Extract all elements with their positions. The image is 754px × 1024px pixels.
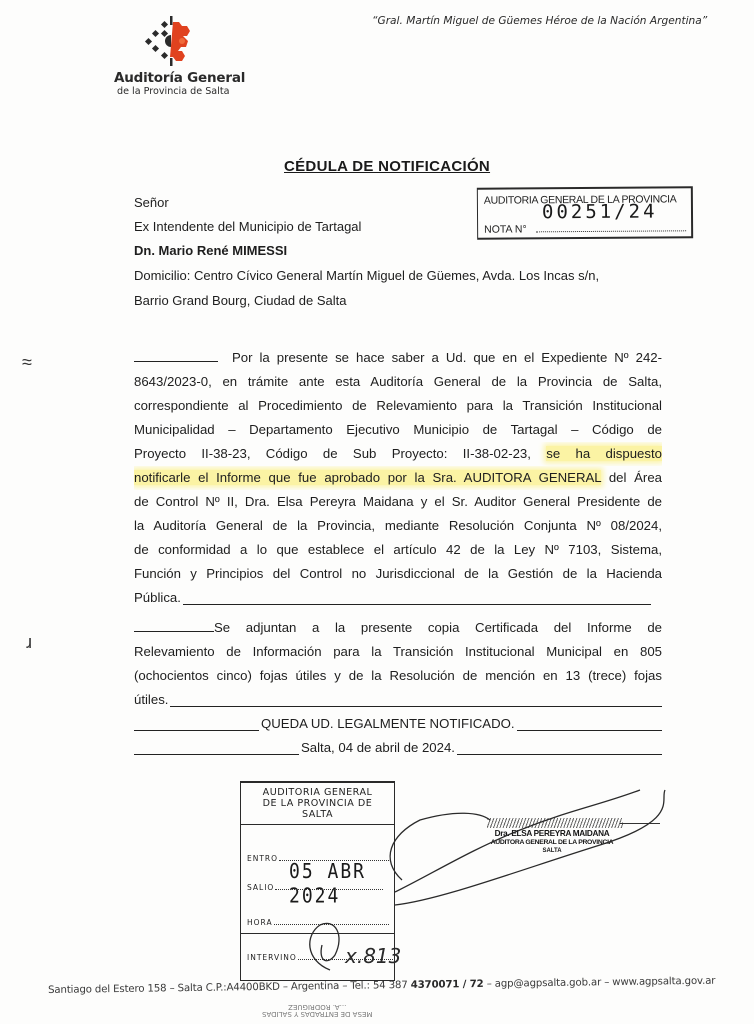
footer-web[interactable]: www.agpsalta.gov.ar xyxy=(612,976,715,988)
intervino-row: INTERVINO xyxy=(247,953,393,962)
stamp-divider xyxy=(241,824,394,825)
highlighted-text: se ha dispuesto xyxy=(546,446,662,461)
blank-line xyxy=(170,692,662,707)
signature-line xyxy=(620,823,660,824)
date-line: Salta, 04 de abril de 2024. xyxy=(299,736,457,760)
handwritten-margin-mark: ɹ xyxy=(26,632,32,653)
blank-line xyxy=(457,740,662,755)
hora-row: HORA xyxy=(247,918,389,927)
stamp-divider xyxy=(241,933,394,934)
recipient-position: Ex Intendente del Municipio de Tartagal xyxy=(134,219,361,234)
blank-line xyxy=(517,716,662,731)
salio-row: SALIO xyxy=(247,883,383,892)
signature-stamp: Dra. ELSA PEREYRA MAIDANA AUDITORA GENER… xyxy=(474,829,630,856)
footer-email[interactable]: agp@agpsalta.gob.ar xyxy=(495,977,602,989)
blank-line xyxy=(134,740,299,755)
received-stamp: AUDITORIA GENERAL DE LA PROVINCIA DE SAL… xyxy=(240,781,395,981)
blank-line xyxy=(134,349,218,362)
motto: “Gral. Martín Miguel de Güemes Héroe de … xyxy=(372,15,707,27)
nota-label: NOTA N° xyxy=(484,223,527,235)
paragraph-attachments: Se adjuntan a la presente copia Certific… xyxy=(134,616,662,760)
footer-address: Santiago del Estero 158 – Salta C.P.:A44… xyxy=(48,980,408,996)
footer-phone: 4370071 / 72 xyxy=(411,979,484,991)
signatory-role: AUDITORA GENERAL DE LA PROVINCIA xyxy=(474,838,630,847)
blank-line xyxy=(183,590,651,605)
salutation: Señor xyxy=(134,195,169,210)
org-subtitle: de la Provincia de Salta xyxy=(117,86,229,97)
blank-line xyxy=(134,619,214,632)
signatory-name: Dra. ELSA PEREYRA MAIDANA xyxy=(474,829,630,838)
received-stamp-header: AUDITORIA GENERAL DE LA PROVINCIA DE SAL… xyxy=(241,787,394,820)
paragraph-notification: Por la presente se hace saber a Ud. que … xyxy=(134,346,662,610)
highlighted-text: notificarle el Informe que fue aprobado … xyxy=(134,470,601,485)
recipient-address-line1: Domicilio: Centro Cívico General Martín … xyxy=(134,268,599,283)
nota-number-stamp: AUDITORIA GENERAL DE LA PROVINCIA 00251/… xyxy=(477,186,693,240)
document-title: CÉDULA DE NOTIFICACIÓN xyxy=(284,158,490,175)
mirrored-stamp-bleed: MESA DE ENTRADAS Y SALIDAS ...A. RODRIGU… xyxy=(262,1003,372,1017)
notified-statement: QUEDA UD. LEGALMENTE NOTIFICADO. xyxy=(259,712,517,736)
nota-dotted-line xyxy=(536,230,686,232)
blank-line xyxy=(134,716,259,731)
nota-number: 00251/24 xyxy=(542,200,658,223)
signature-scribble xyxy=(487,818,623,828)
recipient-name: Dn. Mario René MIMESSI xyxy=(134,243,287,258)
recipient-address-line2: Barrio Grand Bourg, Ciudad de Salta xyxy=(134,293,346,308)
org-name: Auditoría General xyxy=(114,70,245,86)
signatory-place: SALTA xyxy=(474,847,630,856)
agps-logo-icon xyxy=(142,14,198,68)
handwritten-margin-mark: ≈ xyxy=(22,352,32,373)
